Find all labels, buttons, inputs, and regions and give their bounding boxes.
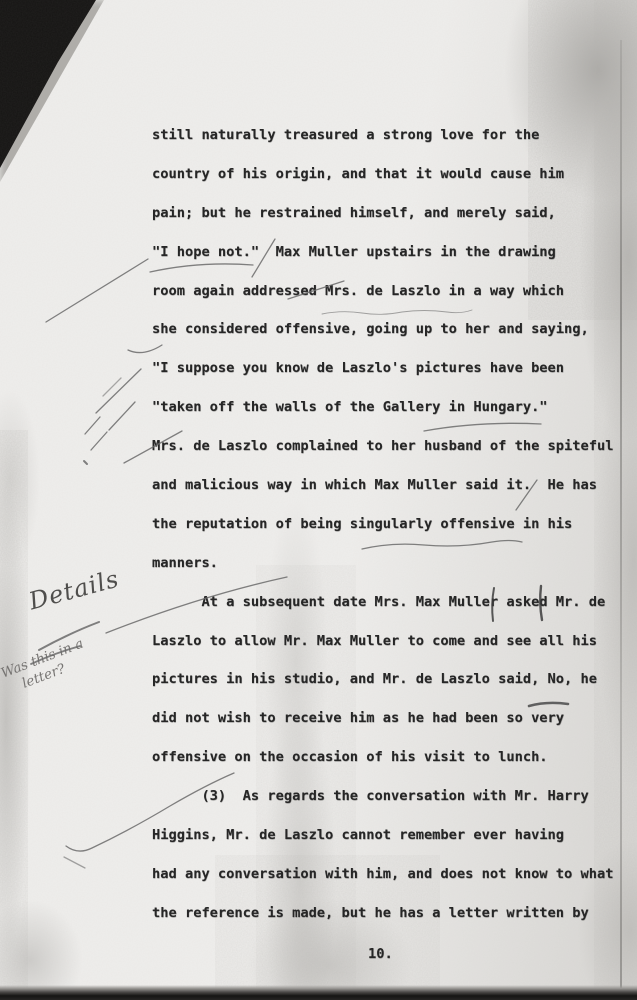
pencil-dash-bottom-left <box>64 857 85 868</box>
pencil-margin-curve <box>46 259 148 322</box>
typed-line-7: "I suppose you know de Laszlo's pictures… <box>152 349 632 388</box>
typed-line-8: "taken off the walls of the Gallery in H… <box>152 388 632 427</box>
typed-line-1: still naturally treasured a strong love … <box>152 116 632 155</box>
typed-line-9: Mrs. de Laszlo complained to her husband… <box>152 427 632 466</box>
pencil-margin-stroke-4 <box>85 417 100 434</box>
margin-note-question: Was this in a letter? <box>0 636 92 699</box>
typed-line-15: pictures in his studio, and Mr. de Laszl… <box>152 660 632 699</box>
page-number: 10. <box>368 944 393 964</box>
typed-line-11: the reputation of being singularly offen… <box>152 505 632 544</box>
typed-line-13: At a subsequent date Mrs. Max Muller ask… <box>152 583 632 622</box>
typed-line-2: country of his origin, and that it would… <box>152 155 632 194</box>
scan-bottom-edge <box>0 985 637 1000</box>
typed-line-16: did not wish to receive him as he had be… <box>152 699 632 738</box>
typed-line-14: Laszlo to allow Mr. Max Muller to come a… <box>152 622 632 661</box>
pencil-margin-stroke-1 <box>96 369 141 413</box>
typed-line-12: manners. <box>152 544 632 583</box>
pencil-margin-stroke-2 <box>103 378 121 396</box>
pencil-margin-stroke-3 <box>109 402 135 430</box>
typed-line-4: "I hope not." Max Muller upstairs in the… <box>152 233 632 272</box>
page-right-edge <box>620 40 622 988</box>
typed-line-10: and malicious way in which Max Muller sa… <box>152 466 632 505</box>
typed-line-20: had any conversation with him, and does … <box>152 855 632 894</box>
typed-text-block: still naturally treasured a strong love … <box>152 116 632 933</box>
typed-line-19: Higgins, Mr. de Laszlo cannot remember e… <box>152 816 632 855</box>
margin-note-details: Details <box>26 565 122 616</box>
scanned-document-page: still naturally treasured a strong love … <box>0 0 637 1000</box>
pencil-margin-dot <box>84 461 87 464</box>
typed-line-17: offensive on the occasion of his visit t… <box>152 738 632 777</box>
typed-line-18: (3) As regards the conversation with Mr.… <box>152 777 632 816</box>
typed-line-5: room again addressed Mrs. de Laszlo in a… <box>152 272 632 311</box>
typed-line-21: the reference is made, but he has a lett… <box>152 894 632 933</box>
pencil-margin-stroke-5 <box>91 432 107 450</box>
typed-line-3: pain; but he restrained himself, and mer… <box>152 194 632 233</box>
typed-line-6: she considered offensive, going up to he… <box>152 310 632 349</box>
